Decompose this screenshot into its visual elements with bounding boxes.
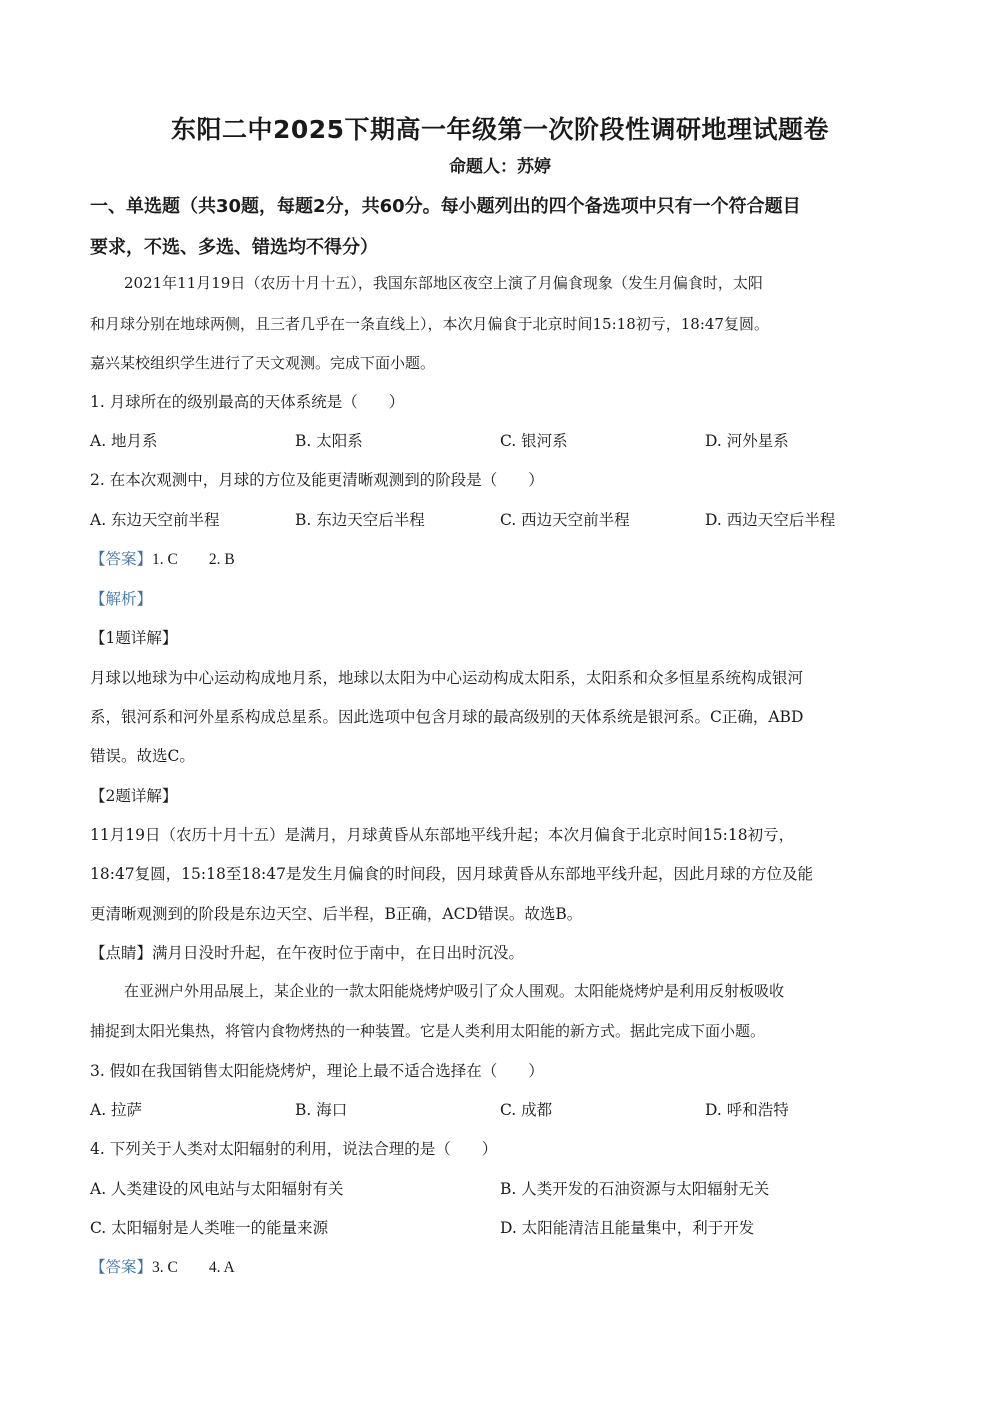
q2-detail-line3: 更清晰观测到的阶段是东边天空、后半程，B正确，ACD错误。故选B。 xyxy=(90,902,582,924)
q1-detail-line2: 系，银河系和河外星系构成总星系。因此选项中包含月球的最高级别的天体系统是银河系。… xyxy=(90,705,803,727)
q4-option-b: B. 人类开发的石油资源与太阳辐射无关 xyxy=(500,1177,769,1199)
q4-option-a: A. 人类建设的风电站与太阳辐射有关 xyxy=(90,1177,344,1199)
answer-values: 1. C 2. B xyxy=(152,551,235,568)
passage1-line2: 和月球分别在地球两侧，且三者几乎在一条直线上），本次月偏食于北京时间15:18初… xyxy=(90,313,769,334)
question-3-stem: 3. 假如在我国销售太阳能烧烤炉，理论上最不适合选择在（ ） xyxy=(90,1059,544,1081)
q3-option-d: D. 呼和浩特 xyxy=(705,1098,789,1120)
exam-title: 东阳二中2025下期高一年级第一次阶段性调研地理试题卷 xyxy=(0,110,1000,146)
q1-detail-line3: 错误。故选C。 xyxy=(90,744,195,766)
q2-option-a: A. 东边天空前半程 xyxy=(90,508,220,530)
answer-label: 【答案】 xyxy=(90,550,152,568)
answer-block-1: 【答案】1. C 2. B xyxy=(90,547,235,569)
q3-option-c: C. 成都 xyxy=(500,1098,552,1120)
q1-detail-line1: 月球以地球为中心运动构成地月系，地球以太阳为中心运动构成太阳系，太阳系和众多恒星… xyxy=(90,666,803,688)
question-1-stem: 1. 月球所在的级别最高的天体系统是（ ） xyxy=(90,390,404,412)
q3-option-a: A. 拉萨 xyxy=(90,1098,142,1120)
section-heading-line1: 一、单选题（共30题，每题2分，共60分。每小题列出的四个备选项中只有一个符合题… xyxy=(90,192,801,218)
q1-option-b: B. 太阳系 xyxy=(295,429,363,451)
q1-option-d: D. 河外星系 xyxy=(705,429,789,451)
q3-option-b: B. 海口 xyxy=(295,1098,347,1120)
section-heading-line2: 要求，不选、多选、错选均不得分） xyxy=(90,233,378,259)
q1-detail-heading: 【1题详解】 xyxy=(90,626,177,648)
q2-option-d: D. 西边天空后半程 xyxy=(705,508,835,530)
answer-block-2: 【答案】3. C 4. A xyxy=(90,1255,235,1277)
tip-note: 【点睛】满月日没时升起，在午夜时位于南中，在日出时沉没。 xyxy=(90,941,524,963)
passage2-line2: 捕捉到太阳光集热，将管内食物烤热的一种装置。它是人类利用太阳能的新方式。据此完成… xyxy=(90,1020,765,1041)
q1-option-a: A. 地月系 xyxy=(90,429,158,451)
q2-detail-heading: 【2题详解】 xyxy=(90,784,177,806)
q2-detail-line2: 18:47复圆，15:18至18:47是发生月偏食的时间段，因月球黄昏从东部地平… xyxy=(90,862,813,884)
q4-option-d: D. 太阳能清洁且能量集中，利于开发 xyxy=(500,1216,754,1238)
q1-option-c: C. 银河系 xyxy=(500,429,568,451)
answer-values: 3. C 4. A xyxy=(152,1259,235,1276)
analysis-label: 【解析】 xyxy=(90,587,152,609)
passage1-line3: 嘉兴某校组织学生进行了天文观测。完成下面小题。 xyxy=(90,352,435,373)
q2-option-b: B. 东边天空后半程 xyxy=(295,508,425,530)
q4-option-c: C. 太阳辐射是人类唯一的能量来源 xyxy=(90,1216,328,1238)
answer-label: 【答案】 xyxy=(90,1258,152,1276)
question-4-stem: 4. 下列关于人类对太阳辐射的利用，说法合理的是（ ） xyxy=(90,1137,497,1159)
passage1-line1: 2021年11月19日（农历十月十五），我国东部地区夜空上演了月偏食现象（发生月… xyxy=(124,272,763,293)
question-2-stem: 2. 在本次观测中，月球的方位及能更清晰观测到的阶段是（ ） xyxy=(90,468,544,490)
q2-detail-line1: 11月19日（农历十月十五）是满月，月球黄昏从东部地平线升起；本次月偏食于北京时… xyxy=(90,823,794,845)
exam-author: 命题人：苏婷 xyxy=(0,152,1000,177)
passage2-line1: 在亚洲户外用品展上，某企业的一款太阳能烧烤炉吸引了众人围观。太阳能烧烤炉是利用反… xyxy=(124,980,784,1001)
q2-option-c: C. 西边天空前半程 xyxy=(500,508,630,530)
